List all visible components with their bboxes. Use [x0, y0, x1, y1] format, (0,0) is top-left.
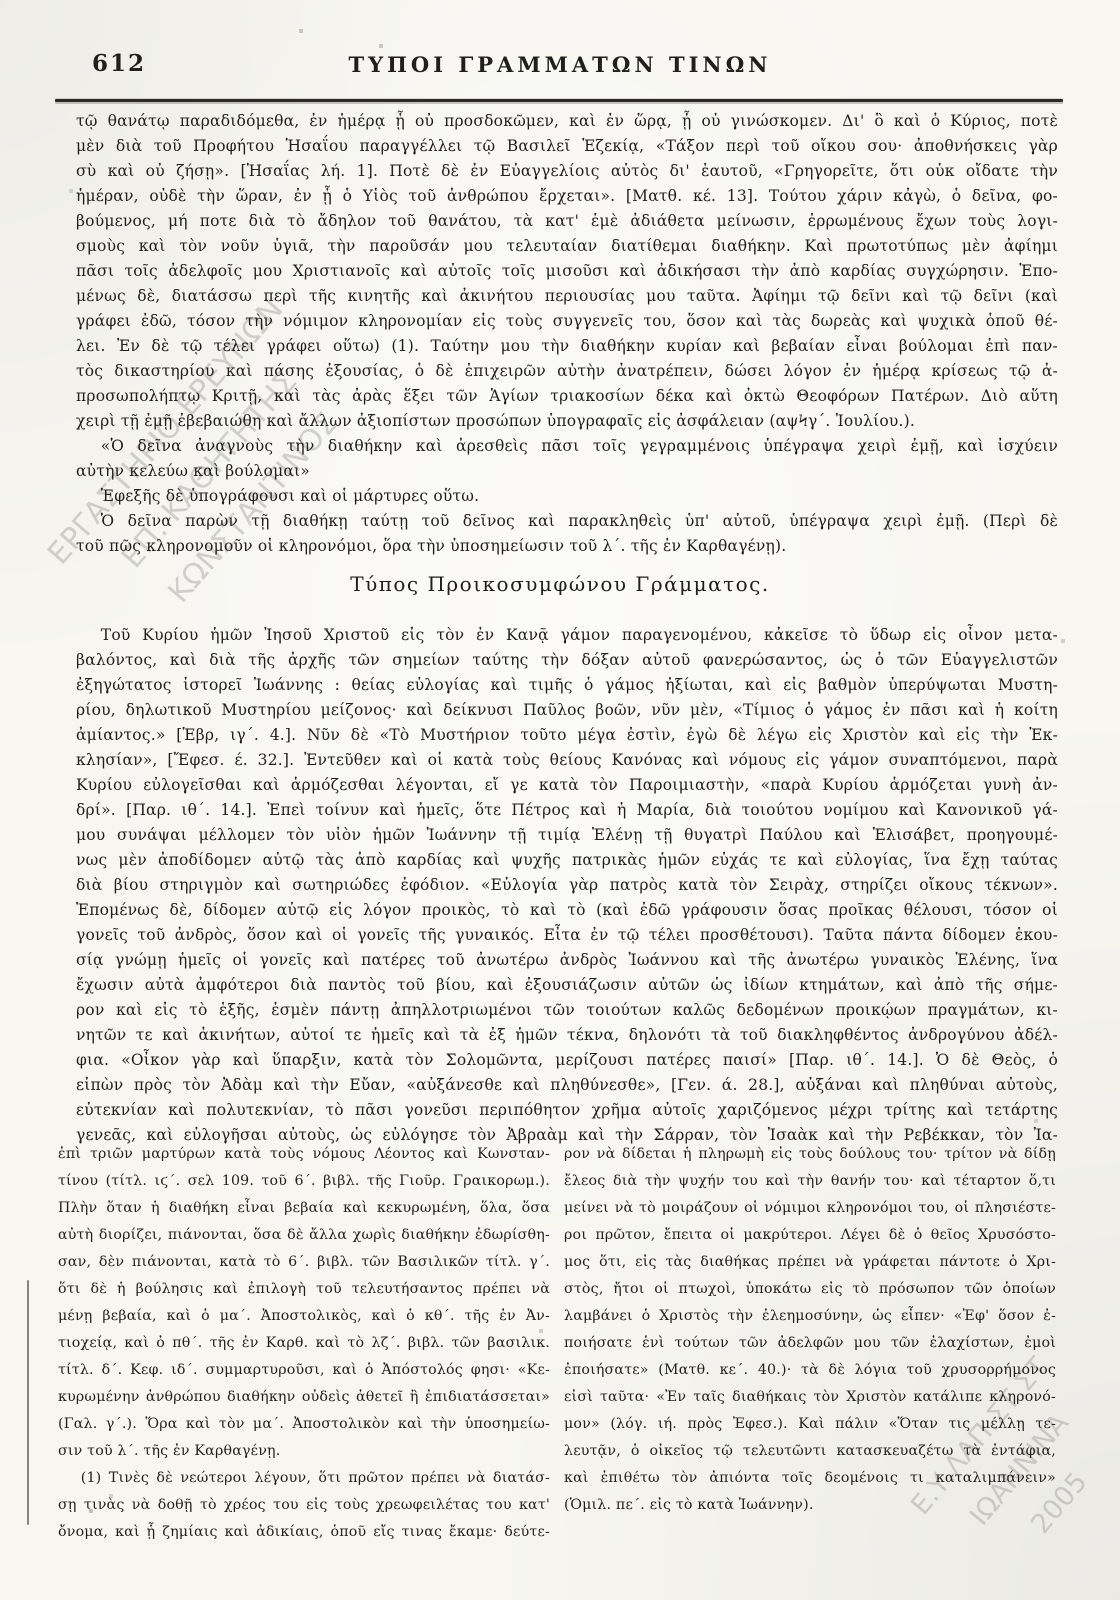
text-line: τὸς δικαστηρίου καὶ πάσης ἐξουσίας, ὁ δὲ…: [76, 359, 1058, 384]
text-line: νως μὲν ἀποδίδομεν αὐτῷ τὰς ἀπὸ καρδίας …: [76, 848, 1058, 873]
footnote-line: μον» (λόγ. ιή. πρὸς Ἐφεσ.). Καὶ πάλιν «Ὅ…: [564, 1411, 1056, 1438]
text-line: κλησίαν», [Ἔφεσ. έ. 32.]. Ἐντεῦθεν καὶ ο…: [76, 748, 1058, 773]
footnote-line: ὄνομα, καὶ ᾗ ζημίαις καὶ ἀδικίαις, ὁποῦ …: [58, 1519, 550, 1546]
running-title: ΤΥΠΟΙ ΓΡΑΜΜΑΤΩΝ ΤΙΝΩΝ: [0, 52, 1120, 77]
footnote-line: τίνου (τίτλ. ιϛ΄. σελ 109. τοῦ 6΄. βιβλ.…: [58, 1168, 550, 1195]
footnote-line: ὅτι δὲ ἡ βούλησις καὶ ἐπιλογὴ τοῦ τελευτ…: [58, 1276, 550, 1303]
text-line: διὰ βίου στηριγμὸν καὶ σωτηριώδες ἐφόδιο…: [76, 873, 1058, 898]
text-line: Τοῦ Κυρίου ἡμῶν Ἰησοῦ Χριστοῦ εἰς τὸν ἐν…: [76, 623, 1058, 648]
footnote-line: εἰσὶ ταῦτα· «Ἐν ταῖς διαθήκαις τὸν Χριστ…: [564, 1384, 1056, 1411]
text-line: Κυρίου εὐλογεῖσθαι καὶ ἁρμόζεσθαι λέγοντ…: [76, 773, 1058, 798]
text-line: Ἑπομένως δὲ, δίδομεν αὐτῷ εἰς λόγον προι…: [76, 898, 1058, 923]
text-line: γράφει ἐδῶ, τόσον τὴν νόμιμον κληρονομία…: [76, 309, 1058, 334]
footnote-line: σαν, δὲν πιάνονται, κατὰ τὸ 6΄. βιβλ. τῶ…: [58, 1249, 550, 1276]
footnote-line: αὐτὴ διορίζει, πιάνονται, ὅσα δὲ ἄλλα χω…: [58, 1222, 550, 1249]
footnote-line: μος ὅτι, εἰς τὰς διαθήκας πρέπει νὰ γράφ…: [564, 1249, 1056, 1276]
footnote-line: (Γαλ. γ΄.). Ὅρα καὶ τὸν μα΄. Ἀποστολικὸν…: [58, 1411, 550, 1438]
footnote-line: σιν τοῦ λ΄. τῆς ἐν Καρθαγένῃ.: [58, 1438, 550, 1465]
scanned-book-page: ΕΡΓΑΣΤΗΡΙΟ ΕΡΕΥΝΩΝΕΠ. ΚΑΘΗΓΗΤΗΣΚΩΝΣΤΑΝΤΙ…: [0, 0, 1120, 1600]
footnote-line: τιοχείᾳ, καὶ ὁ πθ΄. τῆς ἐν Καρθ. καὶ τὸ …: [58, 1330, 550, 1357]
text-line: ἡμέραν, οὐδὲ τὴν ὥραν, ἐν ᾗ ὁ Υἱὸς τοῦ ἀ…: [76, 184, 1058, 209]
footnote-line: λαμβάνει ὁ Χριστὸς τὴν ἐλεημοσύνην, ὡς ε…: [564, 1303, 1056, 1330]
footnote-line: ρον νὰ δίδεται ἡ πληρωμὴ εἰς τοὺς δούλου…: [564, 1141, 1056, 1168]
text-line: Ἐφεξῆς δὲ ὑπογράφουσι καὶ οἱ μάρτυρες οὕ…: [76, 484, 1058, 509]
text-line: δρί». [Παρ. ιθ΄. 14.]. Ἐπεὶ τοίνυν καὶ ἡ…: [76, 798, 1058, 823]
footnote-line: μένῃ βεβαία, καὶ ὁ μα΄. Ἀποστολικὸς, καὶ…: [58, 1303, 550, 1330]
footnote-line: ἔλεος διὰ τὴν ψυχήν του καὶ τὴν θανήν το…: [564, 1168, 1056, 1195]
footnote-line: ποιήσατε ἑνὶ τούτων τῶν ἀδελφῶν μου τῶν …: [564, 1330, 1056, 1357]
footnote-column-right: ρον νὰ δίδεται ἡ πληρωμὴ εἰς τοὺς δούλου…: [564, 1141, 1056, 1519]
text-line: νητῶν τε καὶ ἀκινήτων, αὐτοί τε ἡμεῖς κα…: [76, 1023, 1058, 1048]
text-line: χειρὶ τῇ ἐμῇ ἐβεβαιώθη καὶ ἄλλων ἀξιοπίσ…: [76, 409, 1058, 434]
scan-noise-specks: [0, 0, 2, 2]
text-line: γονεῖς τοῦ ἀνδρὸς, ὅσον καὶ οἱ γονεῖς τῆ…: [76, 923, 1058, 948]
scan-edge-artifact: [27, 1280, 29, 1525]
text-line: μὲν διὰ τοῦ Προφήτου Ἡσαΐου παραγγέλλει …: [76, 134, 1058, 159]
text-line: μου συνάψαι μέλλομεν τὸν υἱὸν ἡμῶν Ἰωάνν…: [76, 823, 1058, 848]
text-line: ἔχωσιν αὐτὰ ἀμφότεροι διὰ παντὸς τοῦ βίο…: [76, 973, 1058, 998]
footnote-line: ροι πρῶτον, ἔπειτα οἱ μακρύτεροι. Λέγει …: [564, 1222, 1056, 1249]
testament-text-block: τῷ θανάτῳ παραδιδόμεθα, ἐν ἡμέρᾳ ᾗ οὐ πρ…: [76, 109, 1058, 559]
text-line: ἀμίαντος.» [Ἑβρ, ιγ΄. 4.]. Νῦν δὲ «Τὸ Μυ…: [76, 723, 1058, 748]
text-line: πᾶσι τοῖς ἀδελφοῖς μου Χριστιανοῖς καὶ α…: [76, 259, 1058, 284]
text-line: τοῦ πῶς κληρονομοῦν οἱ κληρονόμοι, ὅρα τ…: [76, 534, 1058, 559]
text-line: σὺ καὶ οὐ ζήσῃ». [Ἡσαΐας λή. 1]. Ποτὲ δὲ…: [76, 159, 1058, 184]
footnote-line: λευτᾷν, ὁ οἰκεῖος τῷ τελευτῶντι κατασκευ…: [564, 1438, 1056, 1465]
footnote-line: σῃ τινὰς νὰ δοθῇ τὸ χρέος του εἰς τοὺς χ…: [58, 1492, 550, 1519]
text-line: αὐτὴν κελεύω καὶ βούλομαι»: [76, 459, 1058, 484]
text-line: ρίου, δηλωτικοῦ Μυστηρίου μείζονος· καὶ …: [76, 698, 1058, 723]
text-line: σμοὺς καὶ τὸν νοῦν ὑγιᾶ, τὴν παροῦσάν μο…: [76, 234, 1058, 259]
text-line: εὐτεκνίαν καὶ πολυτεκνίαν, τὸ πᾶσι γονεῦ…: [76, 1098, 1058, 1123]
text-line: προσωπολήπτῳ Κριτῇ, καὶ τὰς ἀρὰς ἕξει τῶ…: [76, 384, 1058, 409]
footnote-column-left: ἐπὶ τριῶν μαρτύρων κατὰ τοὺς νόμους Λέον…: [58, 1141, 550, 1546]
text-line: λει. Ἐν δὲ τῷ τέλει γράφει οὕτω) (1). Τα…: [76, 334, 1058, 359]
text-line: Ὁ δεῖνα παρὼν τῇ διαθήκῃ ταύτῃ τοῦ δεῖνο…: [76, 509, 1058, 534]
footnote-line: (1) Τινὲς δὲ νεώτεροι λέγουν, ὅτι πρῶτον…: [58, 1465, 550, 1492]
text-line: τῷ θανάτῳ παραδιδόμεθα, ἐν ἡμέρᾳ ᾗ οὐ πρ…: [76, 109, 1058, 134]
footnote-line: τίτλ. δ΄. Κεφ. ιδ΄. συμμαρτυροῦσι, καὶ ὁ…: [58, 1357, 550, 1384]
footnote-line: μείνει νὰ τὸ μοιράζουν οἱ νόμιμοι κληρον…: [564, 1195, 1056, 1222]
section-heading: Τύπος Προικοσυμφώνου Γράμματος.: [0, 572, 1120, 596]
footnote-line: ἐποιήσατε» (Ματθ. κε΄. 40.)· τὰ δὲ λόγια…: [564, 1357, 1056, 1384]
text-line: ἐξηγώτατος ἱστορεῖ Ἰωάννης : θείας εὐλογ…: [76, 673, 1058, 698]
text-line: «Ὁ δεῖνα ἀναγνοὺς τὴν διαθήκην καὶ ἀρεσθ…: [76, 434, 1058, 459]
footnote-line: ἐπὶ τριῶν μαρτύρων κατὰ τοὺς νόμους Λέον…: [58, 1141, 550, 1168]
text-line: βαλόντος, καὶ διὰ τῆς ἀρχῆς τῶν σημείων …: [76, 648, 1058, 673]
footnote-line: Πλὴν ὅταν ἡ διαθήκη εἶναι βεβαία καὶ κεκ…: [58, 1195, 550, 1222]
footnote-line: (Ὁμιλ. πε΄. εἰς τὸ κατὰ Ἰωάννην).: [564, 1492, 1056, 1519]
text-line: μένως δὲ, διατάσσω περὶ τῆς κινητῆς καὶ …: [76, 284, 1058, 309]
footnote-line: κυρωμένην ἀνθρώπου διαθήκην οὐδεὶς ἀθετε…: [58, 1384, 550, 1411]
footnote-line: στὸς, ἤτοι οἱ πτωχοὶ, ὑποκάτω εἰς τὸ πρό…: [564, 1276, 1056, 1303]
header-rule: [55, 99, 1063, 102]
text-line: βούμενος, μή ποτε διὰ τὸ ἄδηλον τοῦ θανά…: [76, 209, 1058, 234]
text-line: σίᾳ γνώμῃ ἡμεῖς οἱ γονεῖς καὶ πατέρες το…: [76, 948, 1058, 973]
text-line: ρον καὶ εἰς τὸ ἑξῆς, ἐσμὲν πάντῃ ἀπηλλοτ…: [76, 998, 1058, 1023]
footnote-line: καὶ ἐπιθέτω τὸν ἀπιόντα τοῖς δεομένοις τ…: [564, 1465, 1056, 1492]
text-line: εἰπὼν πρὸς τὸν Ἀδὰμ καὶ τὴν Εὔαν, «αὐξάν…: [76, 1073, 1058, 1098]
text-line: φια. «Οἶκον γὰρ καὶ ὕπαρξιν, κατὰ τὸν Σο…: [76, 1048, 1058, 1073]
dowry-text-block: Τοῦ Κυρίου ἡμῶν Ἰησοῦ Χριστοῦ εἰς τὸν ἐν…: [76, 623, 1058, 1148]
